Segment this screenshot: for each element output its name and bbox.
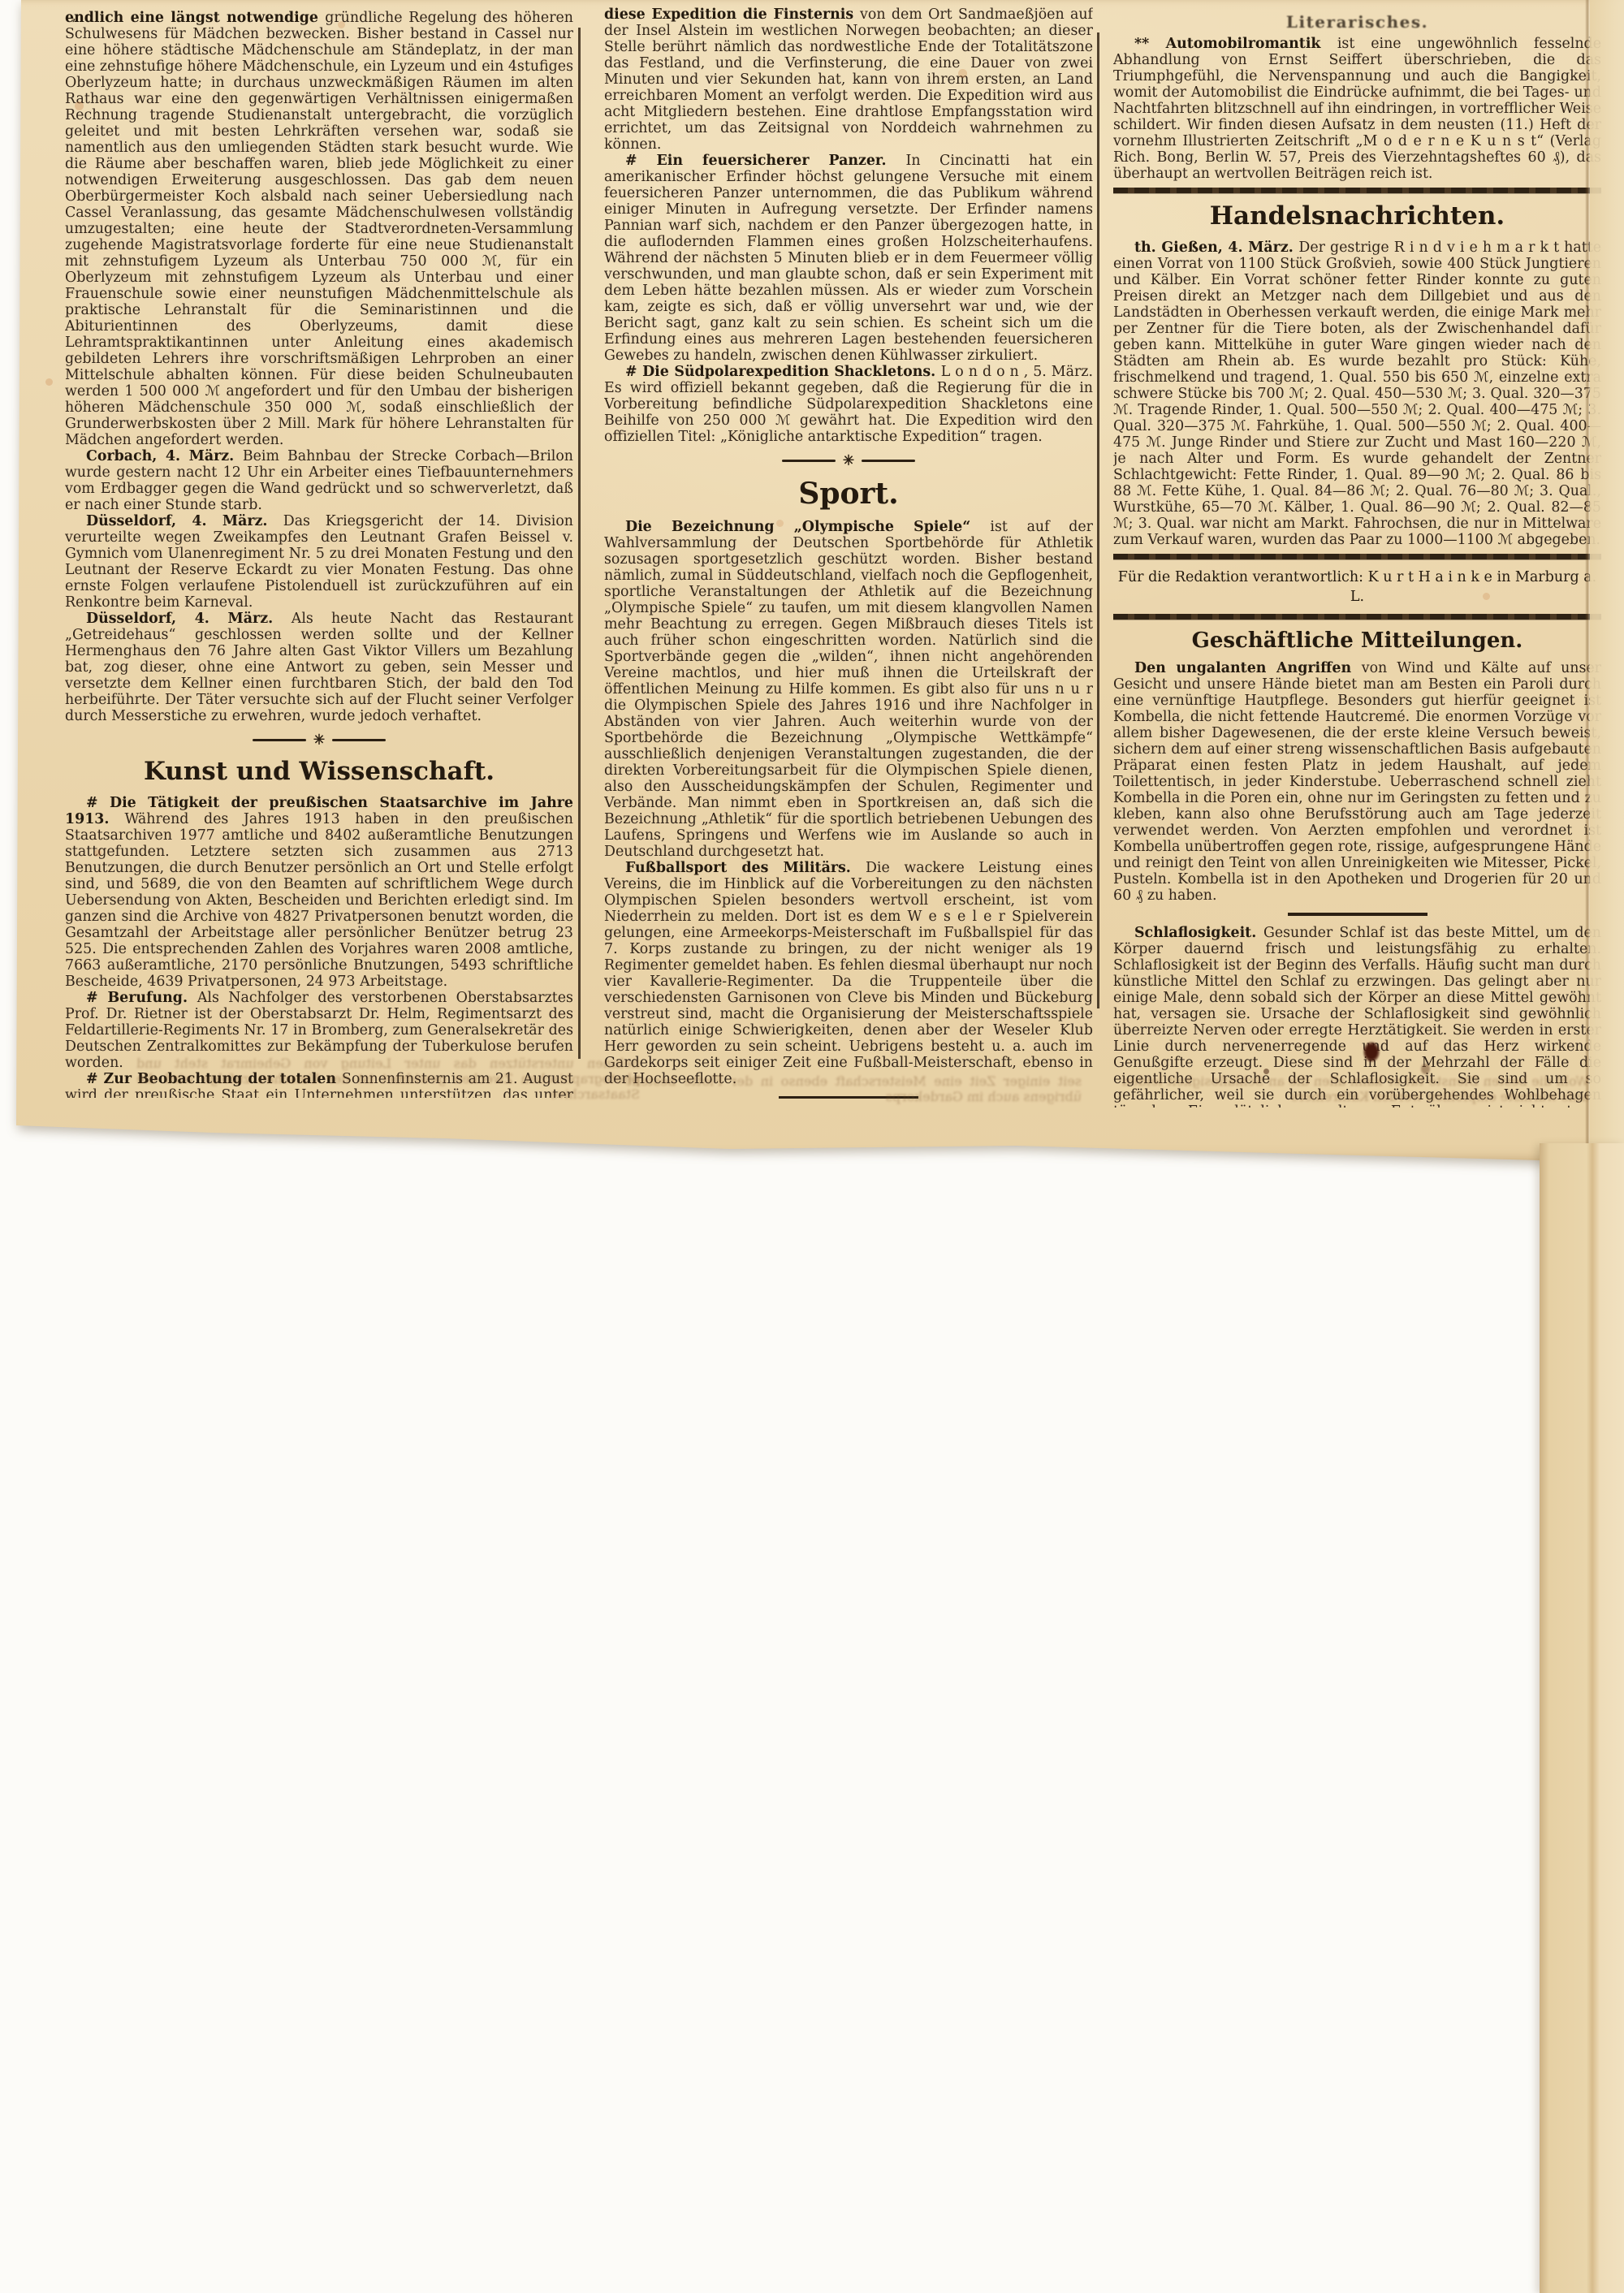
paragraph-mark: #: [86, 1071, 104, 1087]
column-left: endlich eine längst notwendige gründlich…: [65, 10, 573, 1098]
article-paragraph: Corbach, 4. März. Beim Bahnbau der Strec…: [65, 448, 573, 513]
paper-strip-bottom-right: [1540, 1143, 1624, 2293]
article-paragraph: Den ungalanten Angriffen von Wind und Kä…: [1113, 660, 1601, 904]
paragraph-mark: #: [86, 795, 110, 811]
article-paragraph: Schlaflosigkeit. Gesunder Schlaf ist das…: [1113, 925, 1601, 1108]
paper-edge-sliver: [1590, 0, 1624, 1159]
paragraph-lead: Düsseldorf, 4. März.: [86, 611, 292, 627]
article-paragraph: endlich eine längst notwendige gründlich…: [65, 10, 573, 448]
paragraph-mark: #: [86, 990, 107, 1006]
paragraph-lead: Die Südpolarexpedition Shackletons.: [642, 364, 941, 380]
short-rule: [1288, 913, 1427, 916]
newspaper-paper: ’ endlich eine längst notwendige gründli…: [0, 0, 1624, 1163]
paragraph-lead: Ein feuersicherer Panzer.: [657, 153, 906, 169]
newspaper-clipping: ’ endlich eine längst notwendige gründli…: [0, 0, 1624, 1169]
thick-rule: [1113, 614, 1601, 620]
section-heading: Sport.: [604, 475, 1093, 512]
column-divider-rule-2: [1097, 32, 1099, 1008]
paragraph-lead: Die Tätigkeit der preußischen Staatsarch…: [65, 795, 573, 827]
paragraph-lead: Die Bezeichnung „Olympische Spiele“: [625, 519, 990, 535]
ink-speck: [1421, 1064, 1430, 1074]
thick-rule: [1113, 188, 1601, 193]
paragraph-lead: Berufung.: [107, 990, 197, 1006]
paragraph-lead: th. Gießen, 4. März.: [1134, 240, 1298, 256]
short-rule: [779, 1096, 918, 1099]
paragraph-mark: **: [1134, 36, 1166, 52]
paragraph-lead: endlich eine längst notwendige: [65, 10, 325, 26]
column-middle: diese Expedition die Finsternis von dem …: [604, 6, 1093, 1099]
paragraph-lead: Automobilromantik: [1166, 36, 1337, 52]
ink-speck: [1263, 1069, 1269, 1074]
section-heading: Handelsnachrichten.: [1113, 199, 1601, 233]
article-paragraph: Düsseldorf, 4. März. Das Kriegsgericht d…: [65, 513, 573, 611]
divider-dash: [253, 739, 306, 742]
paragraph-lead: Den ungalanten Angriffen: [1134, 660, 1362, 676]
paragraph-lead: Corbach, 4. März.: [86, 448, 243, 464]
editor-credit-line: Für die Redaktion verantwortlich: K u r …: [1113, 565, 1601, 608]
thick-rule: [1113, 554, 1601, 559]
article-paragraph: # Berufung. Als Nachfolger des verstorbe…: [65, 990, 573, 1071]
star-ornament-icon: ✳: [843, 453, 854, 469]
article-paragraph: Fußballsport des Militärs. Die wackere L…: [604, 860, 1093, 1087]
paragraph-lead: Fußballsport des Militärs.: [625, 860, 866, 876]
divider-dash: [782, 460, 836, 463]
section-heading: Literarisches.: [1113, 11, 1601, 32]
divider-dash: [332, 739, 386, 742]
paragraph-mark: #: [625, 364, 642, 380]
paragraph-lead: diese Expedition die Finsternis: [604, 6, 860, 23]
article-paragraph: # Zur Beobachtung der totalen Sonnenfins…: [65, 1071, 573, 1099]
article-paragraph: Die Bezeichnung „Olympische Spiele“ ist …: [604, 519, 1093, 860]
star-divider: ✳: [604, 452, 1093, 469]
column-divider-rule-1: [578, 28, 581, 1059]
paragraph-lead: Schlaflosigkeit.: [1134, 925, 1263, 941]
article-paragraph: # Die Tätigkeit der preußischen Staatsar…: [65, 795, 573, 990]
scan-background: ’ endlich eine längst notwendige gründli…: [0, 0, 1624, 2293]
paragraph-lead: Düsseldorf, 4. März.: [86, 513, 283, 529]
star-ornament-icon: ✳: [313, 732, 325, 749]
article-paragraph: # Ein feuersicherer Panzer. In Cincinatt…: [604, 153, 1093, 364]
article-paragraph: diese Expedition die Finsternis von dem …: [604, 6, 1093, 153]
paragraph-mark: #: [625, 153, 657, 169]
article-paragraph: Düsseldorf, 4. März. Als heute Nacht das…: [65, 611, 573, 724]
column-right: Literarisches.** Automobilromantik ist e…: [1113, 11, 1601, 1108]
article-paragraph: # Die Südpolarexpedition Shackletons. L …: [604, 364, 1093, 445]
foxing-spots: [0, 0, 4, 4]
article-paragraph: ** Automobilromantik ist eine ungewöhnli…: [1113, 36, 1601, 182]
paragraph-lead: Zur Beobachtung der totalen: [104, 1071, 342, 1087]
star-divider: ✳: [65, 732, 573, 749]
section-heading: Geschäftliche Mitteilungen.: [1113, 626, 1601, 655]
divider-dash: [862, 460, 915, 463]
article-paragraph: th. Gießen, 4. März. Der gestrige R i n …: [1113, 240, 1601, 548]
section-heading: Kunst und Wissenschaft.: [65, 754, 573, 788]
